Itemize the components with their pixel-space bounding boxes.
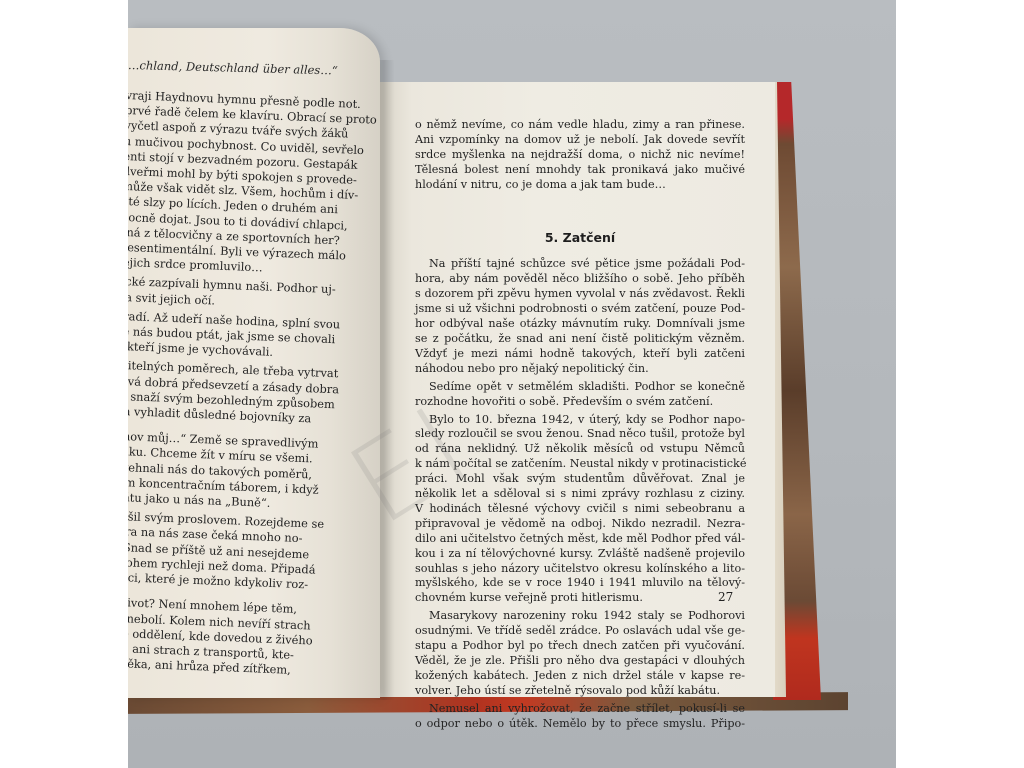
paragraph: Bylo to 10. března 1942, v úterý, kdy se… — [415, 413, 745, 607]
paragraph: omov můj…“ Země se spravedlivým válku. C… — [128, 429, 353, 514]
text-line: Sedíme opět v setmělém skladišti. Podhor… — [415, 380, 745, 395]
text-line: V hodinách tělesné výchovy cvičil s nimi… — [415, 502, 745, 517]
text-line: od rána neklidný. Už několik měsíců od v… — [415, 442, 745, 457]
text-line: dilo ani učitelstvo četných měst, kde mě… — [415, 532, 745, 547]
paragraph: otěšil svým proslovem. Rozejdeme se Zítr… — [128, 509, 350, 594]
text-line: Masarykovy narozeniny roku 1942 staly se… — [415, 609, 745, 624]
text-line: o odpor nebo o útěk. Nemělo by to přece … — [415, 717, 745, 732]
paragraph: vraji Haydnovu hymnu přesně podle not. p… — [128, 88, 366, 280]
text-line: hor odbýval naše otázky mávnutím ruky. D… — [415, 317, 745, 332]
paragraph: zradí. Až udeří naše hodina, splní svou … — [128, 309, 357, 364]
text-line: Ani vzpomínky na domov už je nebolí. Jak… — [415, 133, 745, 148]
text-line: osudnými. Ve třídě seděl zrádce. Po osla… — [415, 624, 745, 639]
text-line: souhlas s jeho názory učitelstvo okresu … — [415, 562, 745, 577]
right-page-text: o němž nevíme, co nám vedle hladu, zimy … — [415, 118, 745, 735]
text-line: kožených kabátech. Jeden z nich držel st… — [415, 669, 745, 684]
text-line: se z počátku, že snad ani není čistě pol… — [415, 332, 745, 347]
text-line: volver. Jeho ústí se zřetelně rýsovalo p… — [415, 684, 745, 699]
text-line: kou i za ní tělovýchovné kursy. Zvláště … — [415, 547, 745, 562]
paragraph: ecké zazpívali hymnu naši. Podhor uj- na… — [128, 274, 359, 314]
left-page-text: vraji Haydnovu hymnu přesně podle not. p… — [128, 88, 366, 684]
text-line: Věděl, že je zle. Přišli pro něho dva ge… — [415, 654, 745, 669]
paragraph: to život? Není mnohem lépe těm, nic nebo… — [128, 595, 346, 680]
text-line: sledy rozloučil se svou ženou. Snad něco… — [415, 427, 745, 442]
text-line: s dozorem při zpěvu hymen vyvolal v nás … — [415, 287, 745, 302]
text-line: chovném kurse veřejně proti hitlerismu. — [415, 591, 745, 606]
book-photo: o němž nevíme, co nám vedle hladu, zimy … — [128, 0, 896, 768]
paragraph: Na příští tajné schůzce své pětice jsme … — [415, 257, 745, 376]
text-line: hlodání v nitru, co je doma a jak tam bu… — [415, 178, 745, 193]
text-line: náhodou nebo pro nějaký nepolitický čin. — [415, 362, 745, 377]
text-line: připravoval je vědomě na odboj. Nikdo ne… — [415, 517, 745, 532]
right-page: o němž nevíme, co nám vedle hladu, zimy … — [380, 82, 775, 697]
text-line: Nemusel ani vyhrožovat, že začne střílet… — [415, 702, 745, 717]
paragraph: Nemusel ani vyhrožovat, že začne střílet… — [415, 702, 745, 732]
text-line: rozhodne hovořiti o sobě. Především o sv… — [415, 395, 745, 410]
text-line: jsme si už všichni podrobnosti o svém za… — [415, 302, 745, 317]
page-number: 27 — [718, 590, 733, 604]
running-head: …chland, Deutschland über alles…“ — [128, 58, 338, 77]
chapter-title: 5. Zatčení — [415, 231, 745, 246]
text-line: Tělesná bolest není mnohdy tak pronikavá… — [415, 163, 745, 178]
text-line: Na příští tajné schůzce své pětice jsme … — [415, 257, 745, 272]
text-line: o němž nevíme, co nám vedle hladu, zimy … — [415, 118, 745, 133]
text-line: k nám počítal se zatčením. Neustal nikdy… — [415, 457, 745, 472]
text-line: myšlského, kde se v roce 1940 i 1941 mlu… — [415, 576, 745, 591]
text-line: stapu a Podhor byl po třech dnech zatčen… — [415, 639, 745, 654]
text-line: srdce myšlenka na nejdražší doma, o nich… — [415, 148, 745, 163]
paragraph: Sedíme opět v setmělém skladišti. Podhor… — [415, 380, 745, 410]
text-line: několik let a sděloval si s nimi zprávy … — [415, 487, 745, 502]
intro-paragraph: o němž nevíme, co nám vedle hladu, zimy … — [415, 118, 745, 193]
paragraph: esitelných poměrech, ale třeba vytrvat ,… — [128, 358, 355, 428]
left-page: …chland, Deutschland über alles…“ vraji … — [128, 28, 380, 698]
text-line: Vždyť je mezi námi hodně takových, kteří… — [415, 347, 745, 362]
text-line: Bylo to 10. března 1942, v úterý, kdy se… — [415, 413, 745, 428]
text-line: hora, aby nám pověděl něco bližšího o so… — [415, 272, 745, 287]
paragraph: Masarykovy narozeniny roku 1942 staly se… — [415, 609, 745, 698]
text-line: práci. Mohl však svým studentům důvěřova… — [415, 472, 745, 487]
